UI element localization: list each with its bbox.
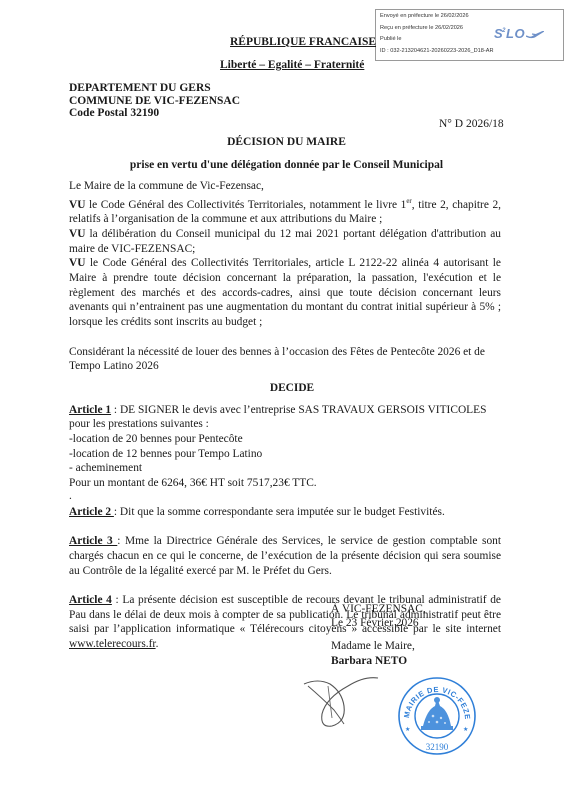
handwritten-signature	[300, 672, 410, 732]
vu-label: VU	[69, 257, 85, 269]
article-2-text: Dit que la somme correspondante sera imp…	[120, 506, 445, 518]
telerecours-link[interactable]: www.telerecours.fr	[69, 638, 156, 650]
svg-text:★: ★	[463, 726, 468, 733]
vu-2-text: la délibération du Conseil municipal du …	[69, 228, 501, 255]
vu-1-text-a: le Code Général des Collectivités Territ…	[85, 199, 406, 211]
end: .	[156, 638, 159, 650]
document-title: DÉCISION DU MAIRE	[0, 136, 567, 148]
paper-plane-icon	[526, 31, 544, 39]
article-1-amount: Pour un montant de 6264, 36€ HT soit 751…	[69, 476, 501, 491]
sent-date: Envoyé en préfecture le 26/02/2026	[380, 11, 563, 23]
national-motto: Liberté – Egalité – Fraternité	[220, 59, 364, 71]
sep: :	[111, 404, 120, 416]
vu-3-text: le Code Général des Collectivités Territ…	[69, 257, 501, 328]
stray-dot: .	[69, 491, 501, 505]
sign-place: À VIC-FEZENSAC,	[331, 602, 426, 616]
article-4-label: Article 4	[69, 594, 112, 606]
sep: :	[117, 535, 125, 547]
article-1-text: DE SIGNER le devis avec l’entreprise SAS…	[69, 404, 486, 431]
intro: Le Maire de la commune de Vic-Fezensac,	[69, 179, 501, 194]
article-1-item: - acheminement	[69, 461, 501, 476]
document-subtitle: prise en vertu d'une délégation donnée p…	[0, 159, 567, 171]
article-1: Article 1 : DE SIGNER le devis avec l’en…	[69, 403, 501, 432]
document-body: Le Maire de la commune de Vic-Fezensac, …	[69, 179, 501, 652]
article-3-label: Article 3	[69, 535, 117, 547]
logo-lo: LO	[506, 26, 525, 41]
decide-heading: DECIDE	[69, 381, 501, 396]
commune: COMMUNE DE VIC-FEZENSAC	[69, 95, 240, 108]
s2lo-logo: S2LO	[494, 26, 544, 41]
coat-of-arms-icon	[421, 697, 453, 730]
sep: :	[112, 594, 122, 606]
article-1-label: Article 1	[69, 404, 111, 416]
article-3: Article 3 : Mme la Directrice Générale d…	[69, 534, 501, 578]
seal-postal: 32190	[426, 742, 449, 752]
vu-1: VU le Code Général des Collectivités Ter…	[69, 194, 501, 227]
department: DEPARTEMENT DU GERS	[69, 82, 240, 95]
article-1-item: -location de 12 bennes pour Tempo Latino	[69, 447, 501, 462]
vu-label: VU	[69, 199, 85, 211]
vu-label: VU	[69, 228, 85, 240]
signer-name: Barbara NETO	[331, 654, 426, 668]
issuer-block: DEPARTEMENT DU GERS COMMUNE DE VIC-FEZEN…	[69, 82, 240, 120]
signer-role: Madame le Maire,	[331, 639, 426, 653]
article-4: Article 4 : La présente décision est sus…	[69, 593, 501, 652]
article-2: Article 2 : Dit que la somme corresponda…	[69, 505, 501, 520]
mairie-seal: MAIRIE DE VIC-FEZENSAC ★ ★ 32190	[397, 676, 477, 756]
article-3-text: Mme la Directrice Générale des Services,…	[69, 535, 501, 576]
vu-3: VU le Code Général des Collectivités Ter…	[69, 256, 501, 330]
sign-date: Le 23 Février 2026	[331, 616, 426, 630]
considering: Considérant la nécessité de louer des be…	[69, 345, 501, 374]
article-1-item: -location de 20 bennes pour Pentecôte	[69, 432, 501, 447]
republic-heading: RÉPUBLIQUE FRANCAISE	[230, 36, 376, 48]
vu-2: VU la délibération du Conseil municipal …	[69, 227, 501, 256]
signature-block: À VIC-FEZENSAC, Le 23 Février 2026 Madam…	[331, 602, 426, 668]
article-2-label: Article 2	[69, 506, 114, 518]
act-id: ID : 032-213204621-20260223-2026_D18-AR	[380, 46, 563, 58]
svg-text:★: ★	[405, 726, 410, 733]
article-4-text: La présente décision est susceptible de …	[69, 594, 501, 635]
decision-number: N° D 2026/18	[439, 118, 504, 130]
postal-code: Code Postal 32190	[69, 107, 240, 120]
